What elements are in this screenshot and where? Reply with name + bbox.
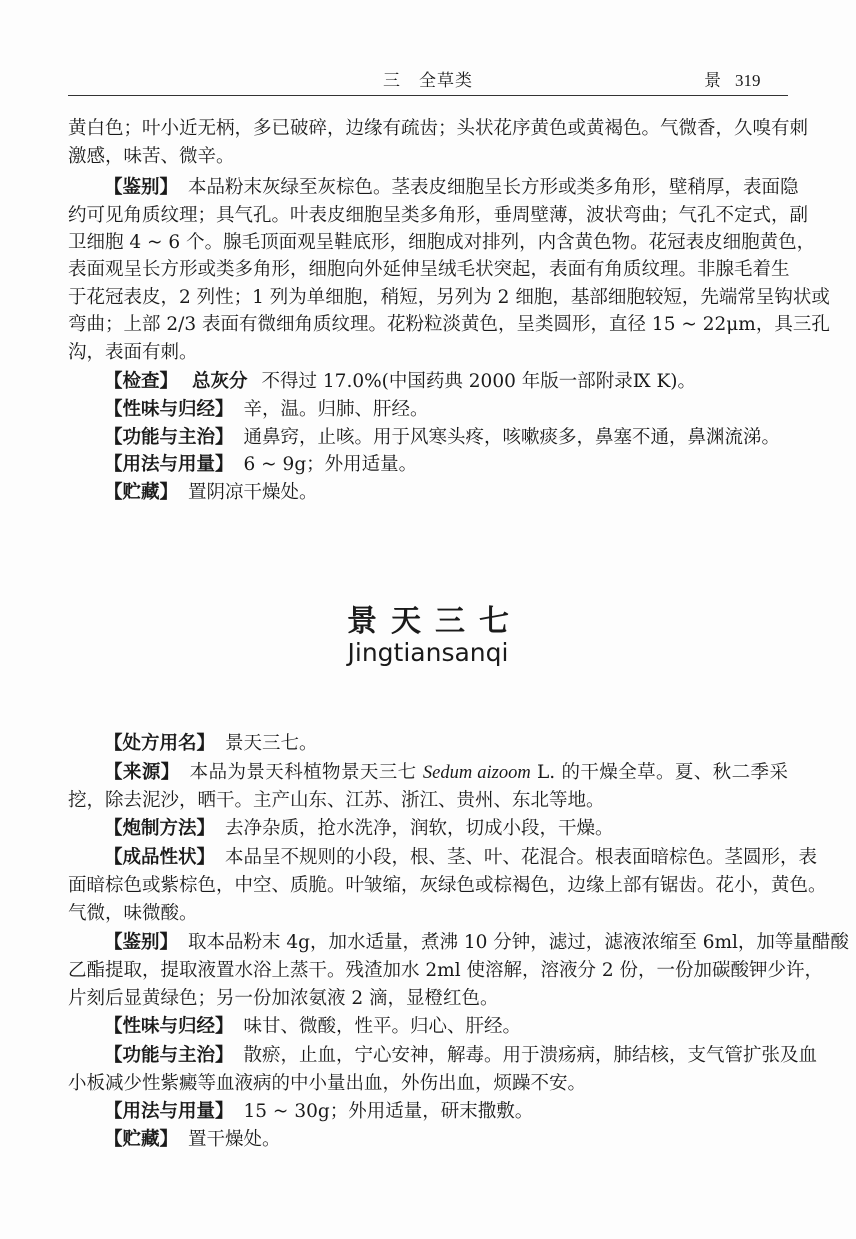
function-paragraph: 【功能与主治】散瘀，止血，宁心安神，解毒。用于溃疡病，肺结核，支气管扩张及血 [104,1044,788,1068]
entry-title-pinyin: Jingtiansanqi [0,638,856,667]
function-paragraph: 【功能与主治】通鼻窍，止咳。用于风寒头疼，咳嗽痰多，鼻塞不通，鼻渊流涕。 [104,426,788,450]
prescription-name-paragraph: 【处方用名】景天三七。 [104,732,788,756]
storage-paragraph: 【贮藏】置阴凉干燥处。 [104,481,788,505]
section-label-nature: 【性味与归经】 [104,399,234,420]
inspection-item: 总灰分 [192,371,248,392]
section-label-processing: 【炮制方法】 [104,818,215,839]
entry-title: 景天三七 [0,596,856,640]
section-label-nature: 【性味与归经】 [104,1016,234,1037]
page-number: 319 [735,71,761,90]
body-line: 激感，味苦、微辛。 [68,145,788,169]
section-label-dosage: 【用法与用量】 [104,454,234,475]
processing-paragraph: 【炮制方法】去净杂质，抢水洗净，润软，切成小段，干燥。 [104,817,788,841]
section-label-storage: 【贮藏】 [104,1129,178,1150]
section-label-function: 【功能与主治】 [104,427,234,448]
running-header-chapter: 三 全草类 [383,66,473,91]
body-line: 表面观呈长方形或类多角形，细胞向外延伸呈绒毛状突起，表面有角质纹理。非腺毛着生 [68,258,788,282]
section-label-function: 【功能与主治】 [104,1045,234,1066]
section-label-identification: 【鉴别】 [104,177,178,198]
section-label-storage: 【贮藏】 [104,482,178,503]
body-line: 黄白色；叶小近无柄，多已破碎，边缘有疏齿；头状花序黄色或黄褐色。气微香，久嗅有刺 [68,117,788,141]
body-line: 弯曲；上部 2/3 表面有微细角质纹理。花粉粒淡黄色，呈类圆形，直径 15 ~ … [68,313,788,337]
description-paragraph: 【成品性状】本品呈不规则的小段，根、茎、叶、花混合。根表面暗棕色。茎圆形，表 [104,846,788,870]
body-line: 约可见角质纹理；具气孔。叶表皮细胞呈类多角形，垂周壁薄，波状弯曲；气孔不定式，副 [68,204,788,228]
body-line: 卫细胞 4 ~ 6 个。腺毛顶面观呈鞋底形，细胞成对排列，内含黄色物。花冠表皮细… [68,231,788,255]
dosage-paragraph: 【用法与用量】6 ~ 9g；外用适量。 [104,453,788,477]
storage-paragraph: 【贮藏】置干燥处。 [104,1128,788,1152]
header-rule [68,95,788,96]
section-label-source: 【来源】 [104,762,180,783]
section-label-prescription-name: 【处方用名】 [104,733,215,754]
body-line: 面暗棕色或紫棕色，中空、质脆。叶皱缩，灰绿色或棕褐色，边缘上部有锯齿。花小，黄色… [68,874,788,898]
body-line: 沟，表面有刺。 [68,341,788,365]
body-line: 乙酯提取，提取液置水浴上蒸干。残渣加水 2ml 使溶解，溶液分 2 份，一份加碳… [68,959,788,983]
book-page: 三 全草类 景319 黄白色；叶小近无柄，多已破碎，边缘有疏齿；头状花序黄色或黄… [0,0,856,1239]
section-label-dosage: 【用法与用量】 [104,1101,234,1122]
body-line: 气微，味微酸。 [68,902,788,926]
identification-paragraph: 【鉴别】取本品粉末 4g，加水适量，煮沸 10 分钟，滤过，滤液浓缩至 6ml，… [104,931,788,955]
body-line: 小板减少性紫癜等血液病的中小量出血，外伤出血，烦躁不安。 [68,1072,788,1096]
body-line: 片刻后显黄绿色；另一份加浓氨液 2 滴，显橙红色。 [68,987,788,1011]
latin-binomial: Sedum aizoom [423,763,531,783]
section-label-inspection: 【检查】 [104,371,178,392]
running-header-right: 景319 [704,66,761,91]
body-line: 于花冠表皮，2 列性；1 列为单细胞，稍短，另列为 2 细胞，基部细胞较短，先端… [68,286,788,310]
dosage-paragraph: 【用法与用量】15 ~ 30g；外用适量，研末撒敷。 [104,1100,788,1124]
body-line: 挖，除去泥沙，晒干。主产山东、江苏、浙江、贵州、东北等地。 [68,789,788,813]
nature-paragraph: 【性味与归经】辛，温。归肺、肝经。 [104,398,788,422]
inspection-paragraph: 【检查】总灰分不得过 17.0%(中国药典 2000 年版一部附录Ⅸ K)。 [104,370,788,394]
section-label-description: 【成品性状】 [104,847,215,868]
section-label-identification: 【鉴别】 [104,932,178,953]
source-paragraph: 【来源】本品为景天科植物景天三七 Sedum aizoom L. 的干燥全草。夏… [104,761,788,785]
nature-paragraph: 【性味与归经】味甘、微酸，性平。归心、肝经。 [104,1015,788,1039]
identification-paragraph: 【鉴别】本品粉末灰绿至灰棕色。茎表皮细胞呈长方形或类多角形，壁稍厚，表面隐 [104,176,788,200]
index-character: 景 [704,71,721,91]
